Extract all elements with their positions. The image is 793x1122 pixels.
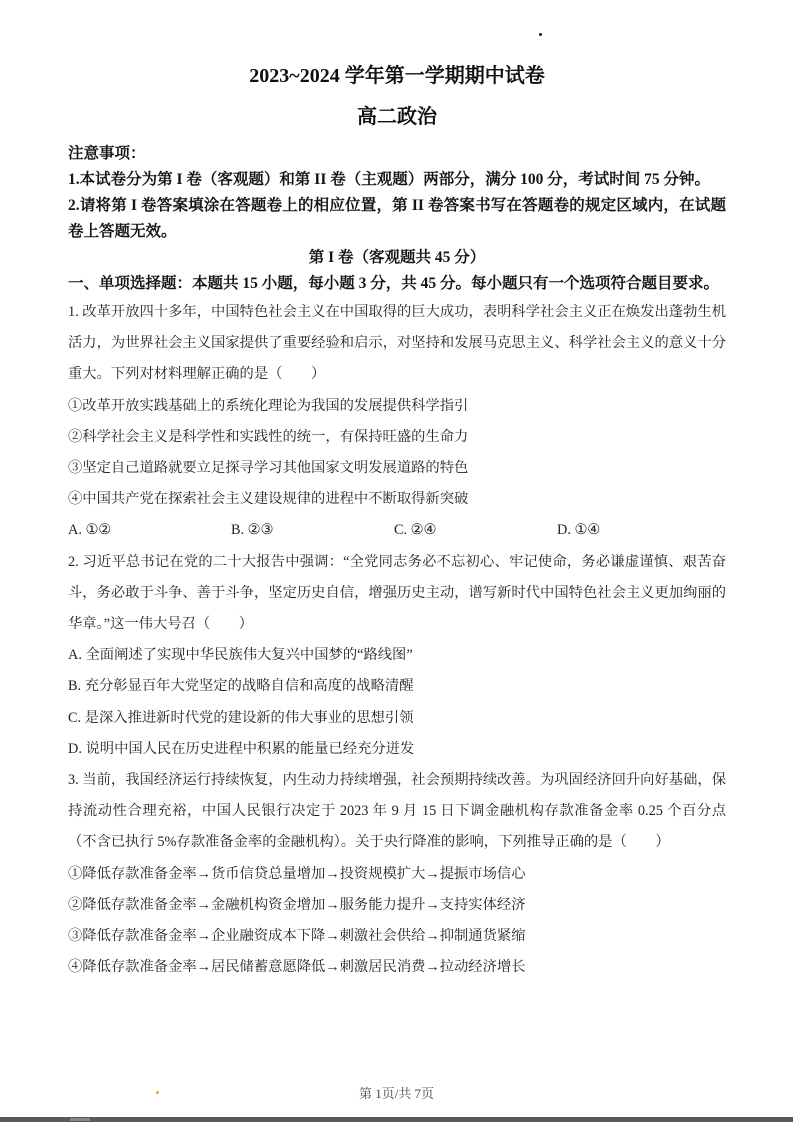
notice-item-2: 2.请将第 I 卷答案填涂在答题卷上的相应位置，第 II 卷答案书写在答题卷的规… [68,193,726,245]
choice-d: D. ①④ [557,515,726,546]
question-2: 2. 习近平总书记在党的二十大报告中强调：“全党同志务必不忘初心、牢记使命，务必… [68,547,726,765]
page-footer: 第 1页/共 7页 [0,1086,793,1102]
question-3-stem: 3. 当前，我国经济运行持续恢复，内生动力持续增强，社会预期持续改善。为巩固经济… [68,765,726,859]
question-1-statement-2: ②科学社会主义是科学性和实践性的统一，有保持旺盛的生命力 [68,422,726,453]
doc-subtitle: 高二政治 [68,105,726,129]
question-3-statement-4: ④降低存款准备金率→居民储蓄意愿降低→刺激居民消费→拉动经济增长 [68,952,726,983]
question-3-statement-1: ①降低存款准备金率→货币信贷总量增加→投资规模扩大→提振市场信心 [68,859,726,890]
choice-a: A. ①② [68,515,231,546]
scan-speck-bottom [156,1091,159,1094]
choice-a: A. 全面阐述了实现中华民族伟大复兴中国梦的“路线图” [68,640,726,671]
question-2-stem: 2. 习近平总书记在党的二十大报告中强调：“全党同志务必不忘初心、牢记使命，务必… [68,547,726,641]
choice-b: B. ②③ [231,515,394,546]
question-1-stem: 1. 改革开放四十多年，中国特色社会主义在中国取得的巨大成功，表明科学社会主义正… [68,297,726,391]
section-instructions: 一、单项选择题：本题共 15 小题，每小题 3 分，共 45 分。每小题只有一个… [68,271,726,297]
notice-section: 注意事项： 1.本试卷分为第 I 卷（客观题）和第 II 卷（主观题）两部分，满… [68,141,726,245]
edge-smudge [70,1118,90,1121]
question-1-statement-1: ①改革开放实践基础上的系统化理论为我国的发展提供科学指引 [68,391,726,422]
next-page-edge [0,1117,793,1122]
choice-c: C. ②④ [394,515,557,546]
question-3-statement-3: ③降低存款准备金率→企业融资成本下降→刺激社会供给→抑制通货紧缩 [68,921,726,952]
choice-d: D. 说明中国人民在历史进程中积累的能量已经充分迸发 [68,734,726,765]
question-1-choices: A. ①② B. ②③ C. ②④ D. ①④ [68,515,726,546]
questions-area: 1. 改革开放四十多年，中国特色社会主义在中国取得的巨大成功，表明科学社会主义正… [68,297,726,983]
page-content: 2023~2024 学年第一学期期中试卷 高二政治 注意事项： 1.本试卷分为第… [68,0,726,983]
notice-item-1: 1.本试卷分为第 I 卷（客观题）和第 II 卷（主观题）两部分，满分 100 … [68,167,726,193]
question-3: 3. 当前，我国经济运行持续恢复，内生动力持续增强，社会预期持续改善。为巩固经济… [68,765,726,983]
exam-paper-page: 2023~2024 学年第一学期期中试卷 高二政治 注意事项： 1.本试卷分为第… [0,0,793,1122]
section-heading: 第 I 卷（客观题共 45 分） [68,245,726,271]
notice-heading: 注意事项： [68,141,726,167]
question-1-statement-3: ③坚定自己道路就要立足探寻学习其他国家文明发展道路的特色 [68,453,726,484]
doc-title: 2023~2024 学年第一学期期中试卷 [68,64,726,88]
question-1-statement-4: ④中国共产党在探索社会主义建设规律的进程中不断取得新突破 [68,484,726,515]
choice-c: C. 是深入推进新时代党的建设新的伟大事业的思想引领 [68,703,726,734]
question-3-statement-2: ②降低存款准备金率→金融机构资金增加→服务能力提升→支持实体经济 [68,890,726,921]
choice-b: B. 充分彰显百年大党坚定的战略自信和高度的战略清醒 [68,671,726,702]
question-1: 1. 改革开放四十多年，中国特色社会主义在中国取得的巨大成功，表明科学社会主义正… [68,297,726,547]
